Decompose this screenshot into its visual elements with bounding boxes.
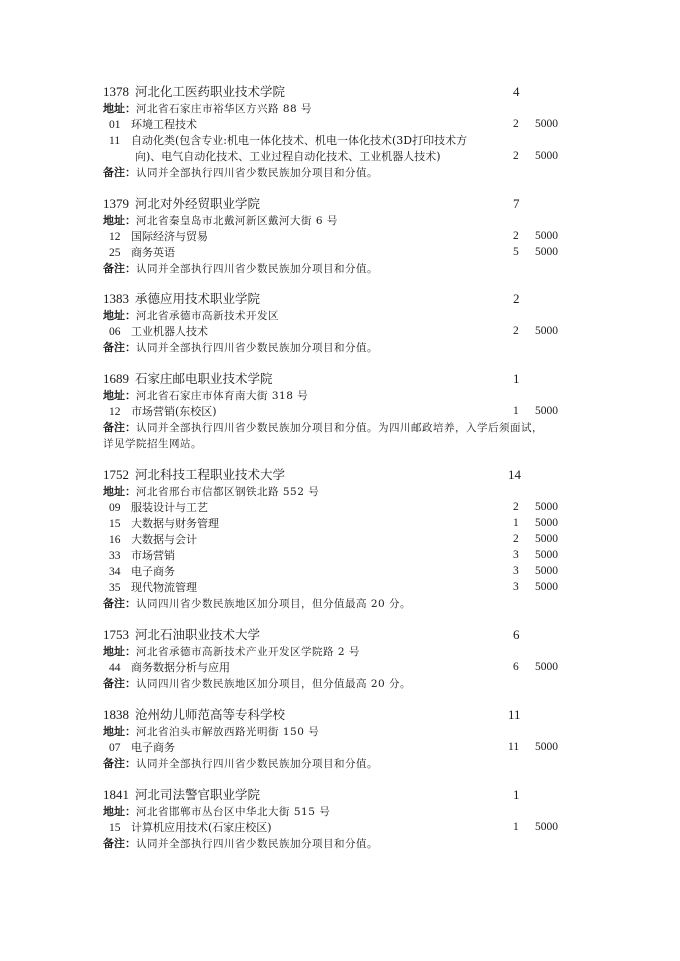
- school-note: 备注：认同并全部执行四川省少数民族加分项目和分值。: [103, 835, 583, 851]
- address-value: 河北省石家庄市裕华区方兴路 88 号: [136, 103, 312, 115]
- major-fee: 5000: [535, 739, 558, 755]
- school-title: 1838沧州幼儿师范高等专科学校 11: [103, 706, 583, 723]
- address-label: 地址：: [103, 389, 136, 402]
- school-note: 备注：认同并全部执行四川省少数民族加分项目和分值。: [103, 755, 583, 771]
- note-value: 认同并全部执行四川省少数民族加分项目和分值。: [136, 263, 378, 275]
- major-count: 3: [513, 579, 519, 595]
- major-code: 01: [109, 117, 127, 133]
- school-note-continuation: 详见学院招生网站。: [103, 435, 583, 451]
- school-total: 6: [513, 626, 520, 643]
- major-count: 1: [513, 819, 519, 835]
- major-row: 25商务英语55000: [103, 244, 583, 260]
- major-row: 11自动化类(包含专业:机电一体化技术、机电一体化技术(3D打印技术方: [103, 132, 583, 148]
- school-address: 地址：河北省邯郸市丛台区中华北大街 515 号: [103, 803, 583, 819]
- major-name: 大数据与财务管理: [131, 517, 219, 530]
- school-title: 1841河北司法警官职业学院 1: [103, 786, 583, 803]
- school-total: 1: [513, 786, 520, 803]
- school-name: 河北石油职业技术大学: [135, 627, 260, 642]
- school-title: 1383承德应用技术职业学院 2: [103, 290, 583, 307]
- major-name: 大数据与会计: [131, 533, 197, 546]
- school-note: 备注：认同四川省少数民族地区加分项目，但分值最高 20 分。: [103, 675, 583, 691]
- major-code: 12: [109, 404, 127, 420]
- note-value: 认同并全部执行四川省少数民族加分项目和分值。: [136, 758, 378, 770]
- major-name: 商务英语: [131, 246, 175, 259]
- address-label: 地址：: [103, 485, 136, 498]
- major-row: 35现代物流管理35000: [103, 579, 583, 595]
- major-name: 环境工程技术: [131, 118, 197, 131]
- major-code: 44: [109, 660, 127, 676]
- address-label: 地址：: [103, 102, 136, 115]
- note-value-continued: 详见学院招生网站。: [103, 438, 202, 450]
- document-page: 1378河北化工医药职业技术学院 4 地址：河北省石家庄市裕华区方兴路 88 号…: [0, 0, 680, 961]
- school-address: 地址：河北省秦皇岛市北戴河新区戴河大街 6 号: [103, 212, 583, 228]
- major-count: 3: [513, 563, 519, 579]
- school-total: 7: [513, 195, 520, 212]
- major-code: 25: [109, 245, 127, 261]
- major-code: 15: [109, 516, 127, 532]
- school-total: 1: [513, 370, 520, 387]
- note-label: 备注：: [103, 166, 136, 179]
- major-fee: 5000: [535, 323, 558, 339]
- major-row: 15大数据与财务管理15000: [103, 515, 583, 531]
- major-row: 12国际经济与贸易25000: [103, 228, 583, 244]
- school-name: 河北化工医药职业技术学院: [135, 84, 285, 99]
- address-value: 河北省秦皇岛市北戴河新区戴河大街 6 号: [136, 215, 338, 227]
- major-row: 07电子商务115000: [103, 739, 583, 755]
- school-name: 河北科技工程职业技术大学: [135, 467, 285, 482]
- major-name: 电子商务: [131, 565, 175, 578]
- major-fee: 5000: [535, 228, 558, 244]
- major-name: 商务数据分析与应用: [131, 661, 230, 674]
- school-entry: 1383承德应用技术职业学院 2 地址：河北省承德市高新技术开发区 06工业机器…: [103, 290, 583, 355]
- school-entry: 1753河北石油职业技术大学 6 地址：河北省承德市高新技术产业开发区学院路 2…: [103, 626, 583, 691]
- major-count: 2: [513, 499, 519, 515]
- school-address: 地址：河北省邢台市信都区钢铁北路 552 号: [103, 483, 583, 499]
- school-name: 河北对外经贸职业学院: [135, 196, 260, 211]
- major-code: 33: [109, 548, 127, 564]
- school-title: 1379河北对外经贸职业学院 7: [103, 195, 583, 212]
- major-row: 34电子商务35000: [103, 563, 583, 579]
- school-total: 11: [508, 706, 521, 723]
- note-label: 备注：: [103, 837, 136, 850]
- note-value: 认同四川省少数民族地区加分项目，但分值最高 20 分。: [136, 598, 411, 610]
- school-name: 河北司法警官职业学院: [135, 787, 260, 802]
- school-name: 沧州幼儿师范高等专科学校: [135, 707, 285, 722]
- major-fee: 5000: [535, 403, 558, 419]
- school-code: 1383: [103, 291, 129, 306]
- note-label: 备注：: [103, 341, 136, 354]
- major-code: 07: [109, 740, 127, 756]
- major-count: 1: [513, 403, 519, 419]
- major-code: 16: [109, 532, 127, 548]
- major-count: 1: [513, 515, 519, 531]
- school-code: 1379: [103, 196, 129, 211]
- major-name-continued: 向)、电气自动化技术、工业过程自动化技术、工业机器人技术): [135, 150, 441, 163]
- school-code: 1753: [103, 627, 129, 642]
- major-fee: 5000: [535, 579, 558, 595]
- school-address: 地址：河北省承德市高新技术开发区: [103, 307, 583, 323]
- major-fee: 5000: [535, 819, 558, 835]
- address-label: 地址：: [103, 309, 136, 322]
- major-fee: 5000: [535, 499, 558, 515]
- school-entry: 1841河北司法警官职业学院 1 地址：河北省邯郸市丛台区中华北大街 515 号…: [103, 786, 583, 851]
- address-label: 地址：: [103, 645, 136, 658]
- major-name: 现代物流管理: [131, 581, 197, 594]
- major-fee: 5000: [535, 531, 558, 547]
- major-name: 服装设计与工艺: [131, 501, 208, 514]
- major-name: 市场营销(东校区): [131, 405, 217, 418]
- school-title: 1752河北科技工程职业技术大学 14: [103, 466, 583, 483]
- major-fee: 5000: [535, 547, 558, 563]
- major-fee: 5000: [535, 659, 558, 675]
- school-code: 1838: [103, 707, 129, 722]
- school-note: 备注：认同并全部执行四川省少数民族加分项目和分值。: [103, 339, 583, 355]
- major-fee: 5000: [535, 148, 558, 164]
- major-row: 33市场营销35000: [103, 547, 583, 563]
- school-code: 1841: [103, 787, 129, 802]
- note-label: 备注：: [103, 262, 136, 275]
- major-count: 2: [513, 323, 519, 339]
- major-count: 6: [513, 659, 519, 675]
- note-value: 认同并全部执行四川省少数民族加分项目和分值。为四川邮政培养，入学后须面试，: [136, 422, 543, 434]
- school-entry: 1689石家庄邮电职业技术学院 1 地址：河北省石家庄市体育南大街 318 号 …: [103, 370, 583, 451]
- school-code: 1752: [103, 467, 129, 482]
- major-row: 12市场营销(东校区)15000: [103, 403, 583, 419]
- school-address: 地址：河北省承德市高新技术产业开发区学院路 2 号: [103, 643, 583, 659]
- major-fee: 5000: [535, 563, 558, 579]
- major-code: 11: [109, 133, 127, 149]
- school-address: 地址：河北省石家庄市裕华区方兴路 88 号: [103, 100, 583, 116]
- address-value: 河北省承德市高新技术开发区: [136, 310, 279, 322]
- major-row-continuation: 向)、电气自动化技术、工业过程自动化技术、工业机器人技术)25000: [103, 148, 583, 164]
- school-code: 1378: [103, 84, 129, 99]
- major-count: 2: [513, 116, 519, 132]
- note-label: 备注：: [103, 677, 136, 690]
- note-label: 备注：: [103, 597, 136, 610]
- major-row: 15计算机应用技术(石家庄校区)15000: [103, 819, 583, 835]
- school-code: 1689: [103, 371, 129, 386]
- major-name: 市场营销: [131, 549, 175, 562]
- address-value: 河北省邯郸市丛台区中华北大街 515 号: [136, 806, 330, 818]
- major-count: 11: [508, 739, 519, 755]
- school-address: 地址：河北省泊头市解放西路光明街 150 号: [103, 723, 583, 739]
- school-note: 备注：认同并全部执行四川省少数民族加分项目和分值。: [103, 164, 583, 180]
- major-count: 3: [513, 547, 519, 563]
- school-title: 1689石家庄邮电职业技术学院 1: [103, 370, 583, 387]
- major-code: 12: [109, 229, 127, 245]
- school-entry: 1378河北化工医药职业技术学院 4 地址：河北省石家庄市裕华区方兴路 88 号…: [103, 83, 583, 180]
- major-name: 国际经济与贸易: [131, 230, 208, 243]
- major-row: 44商务数据分析与应用65000: [103, 659, 583, 675]
- school-address: 地址：河北省石家庄市体育南大街 318 号: [103, 387, 583, 403]
- school-entry: 1379河北对外经贸职业学院 7 地址：河北省秦皇岛市北戴河新区戴河大街 6 号…: [103, 195, 583, 276]
- note-label: 备注：: [103, 421, 136, 434]
- school-note: 备注：认同并全部执行四川省少数民族加分项目和分值。为四川邮政培养，入学后须面试，: [103, 419, 583, 435]
- major-code: 15: [109, 820, 127, 836]
- major-fee: 5000: [535, 515, 558, 531]
- school-entry: 1838沧州幼儿师范高等专科学校 11 地址：河北省泊头市解放西路光明街 150…: [103, 706, 583, 771]
- address-label: 地址：: [103, 214, 136, 227]
- major-count: 2: [513, 148, 519, 164]
- major-name: 计算机应用技术(石家庄校区): [131, 821, 272, 834]
- major-code: 35: [109, 580, 127, 596]
- major-count: 2: [513, 228, 519, 244]
- major-code: 06: [109, 324, 127, 340]
- school-name: 石家庄邮电职业技术学院: [135, 371, 273, 386]
- major-fee: 5000: [535, 244, 558, 260]
- address-value: 河北省邢台市信都区钢铁北路 552 号: [136, 486, 319, 498]
- school-title: 1378河北化工医药职业技术学院 4: [103, 83, 583, 100]
- note-label: 备注：: [103, 757, 136, 770]
- major-row: 09服装设计与工艺25000: [103, 499, 583, 515]
- major-fee: 5000: [535, 116, 558, 132]
- school-total: 2: [513, 290, 520, 307]
- major-row: 06工业机器人技术25000: [103, 323, 583, 339]
- address-label: 地址：: [103, 725, 136, 738]
- major-count: 5: [513, 244, 519, 260]
- major-row: 16大数据与会计25000: [103, 531, 583, 547]
- address-label: 地址：: [103, 805, 136, 818]
- note-value: 认同并全部执行四川省少数民族加分项目和分值。: [136, 167, 378, 179]
- address-value: 河北省泊头市解放西路光明街 150 号: [136, 726, 319, 738]
- note-value: 认同并全部执行四川省少数民族加分项目和分值。: [136, 838, 378, 850]
- school-entry: 1752河北科技工程职业技术大学 14 地址：河北省邢台市信都区钢铁北路 552…: [103, 466, 583, 611]
- major-count: 2: [513, 531, 519, 547]
- school-note: 备注：认同四川省少数民族地区加分项目，但分值最高 20 分。: [103, 595, 583, 611]
- school-note: 备注：认同并全部执行四川省少数民族加分项目和分值。: [103, 260, 583, 276]
- school-total: 14: [508, 466, 521, 483]
- address-value: 河北省承德市高新技术产业开发区学院路 2 号: [136, 646, 360, 658]
- address-value: 河北省石家庄市体育南大街 318 号: [136, 390, 308, 402]
- major-code: 34: [109, 564, 127, 580]
- major-row: 01环境工程技术25000: [103, 116, 583, 132]
- note-value: 认同四川省少数民族地区加分项目，但分值最高 20 分。: [136, 678, 411, 690]
- note-value: 认同并全部执行四川省少数民族加分项目和分值。: [136, 342, 378, 354]
- major-name: 电子商务: [131, 741, 175, 754]
- school-name: 承德应用技术职业学院: [135, 291, 260, 306]
- major-code: 09: [109, 500, 127, 516]
- school-title: 1753河北石油职业技术大学 6: [103, 626, 583, 643]
- school-total: 4: [513, 83, 520, 100]
- major-name: 工业机器人技术: [131, 325, 208, 338]
- major-name: 自动化类(包含专业:机电一体化技术、机电一体化技术(3D打印技术方: [131, 134, 467, 147]
